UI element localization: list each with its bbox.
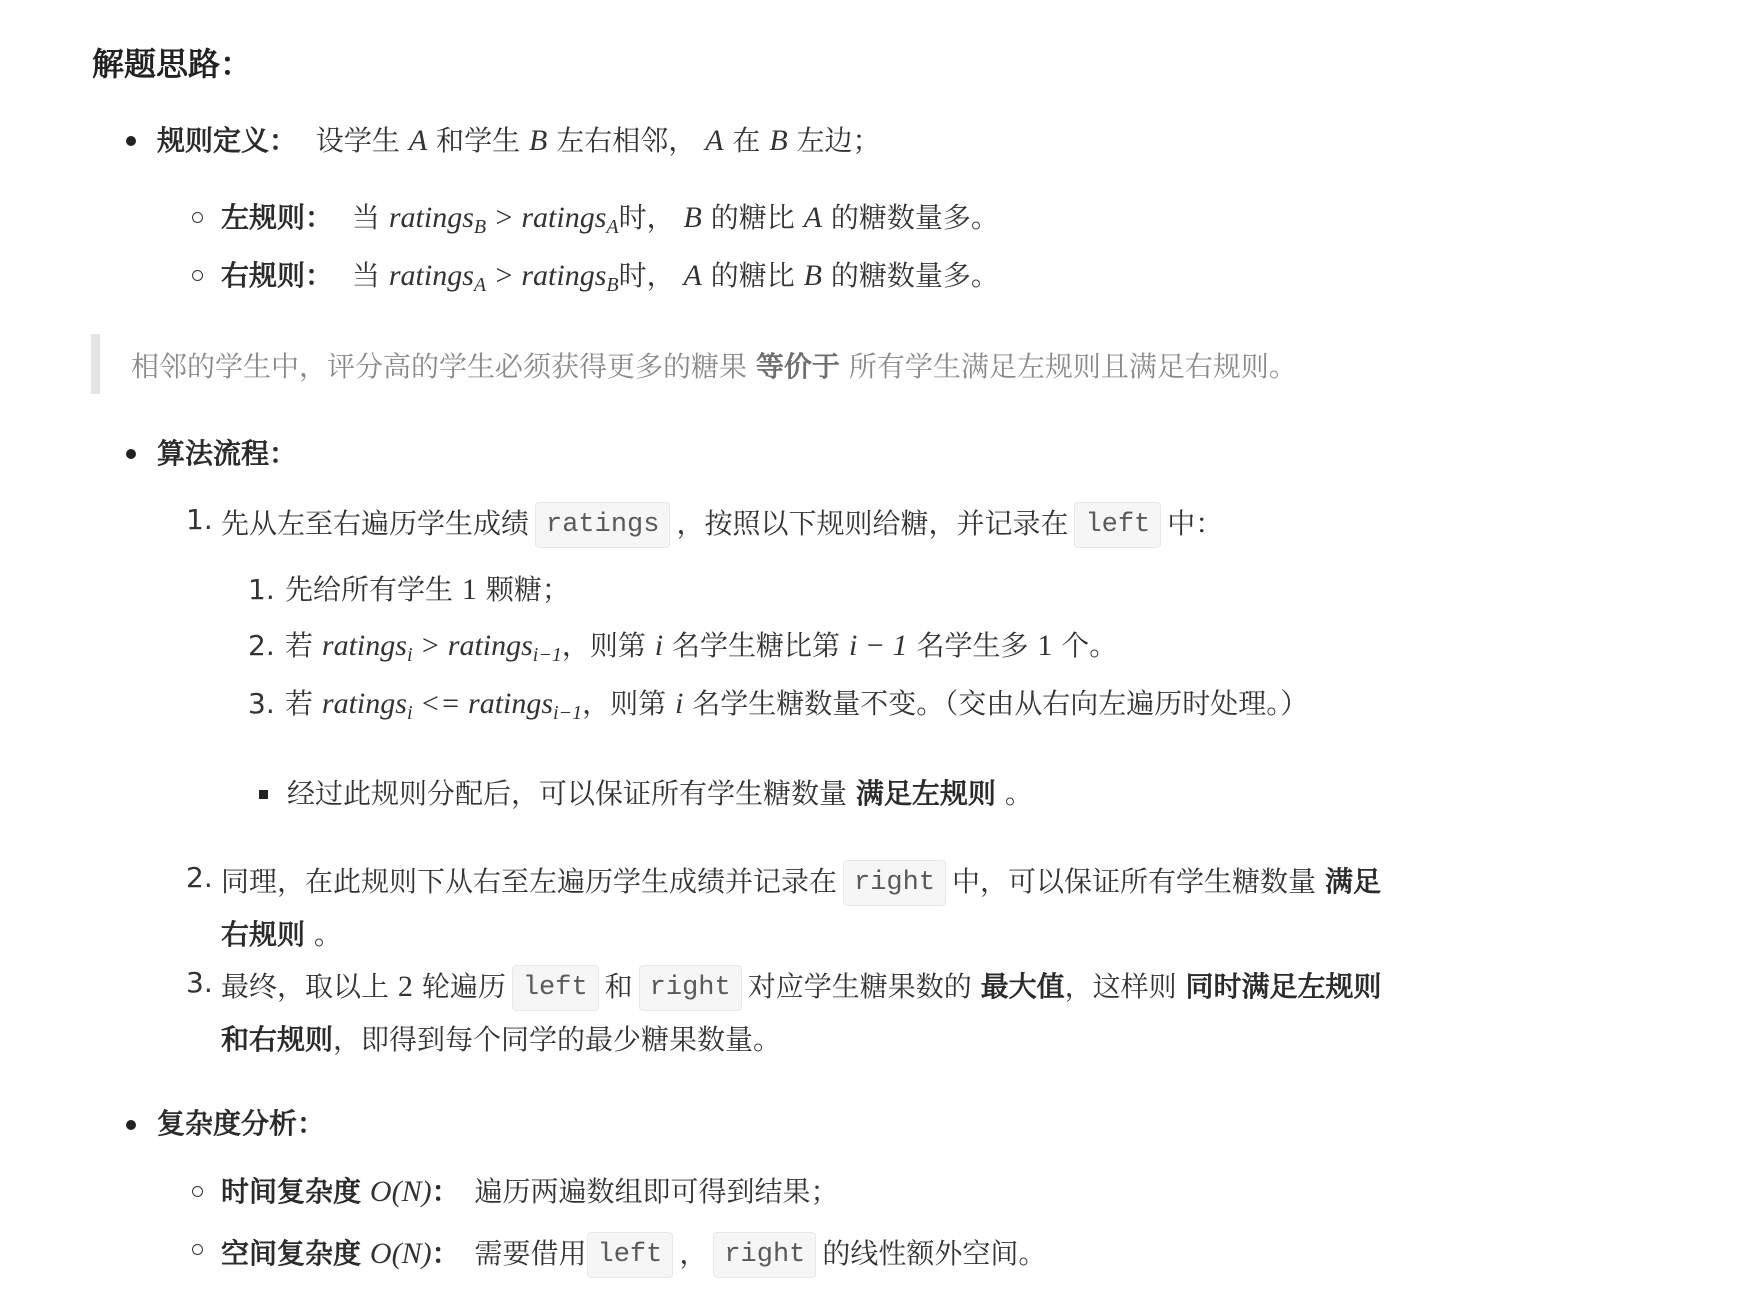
step-number: 2.	[186, 860, 213, 896]
bullet-disc-icon	[126, 136, 136, 146]
code-left: left	[512, 965, 599, 1011]
step-2: 同理，在此规则下从右至左遍历学生成绩并记录在right中，可以保证所有学生糖数量…	[221, 860, 1381, 906]
math-expr: O(N)	[370, 1175, 432, 1208]
bullet-circle-icon	[192, 1186, 203, 1197]
text: ：	[432, 1237, 460, 1270]
substep-number: 1.	[248, 572, 275, 608]
text: 。	[1005, 777, 1033, 810]
text: 对应学生糖果数的	[748, 970, 972, 1003]
bullet-square-icon	[259, 790, 268, 799]
left-rule-label: 左规则：	[221, 201, 333, 234]
text: 最终，取以上	[221, 970, 389, 1003]
math-var: A	[705, 124, 723, 157]
text: ，即得到每个同学的最少糖果数量。	[333, 1023, 781, 1056]
left-rule-note: 经过此规则分配后，可以保证所有学生糖数量 满足左规则 。	[287, 776, 1033, 812]
math-var: A	[409, 124, 427, 157]
time-complexity-label: 时间复杂度	[221, 1175, 361, 1208]
text: 轮遍历	[422, 970, 506, 1003]
code-ratings: ratings	[535, 502, 670, 548]
text: 的糖比	[711, 201, 795, 234]
substep-number: 3.	[248, 686, 275, 722]
code-right: right	[843, 860, 946, 906]
math-expr: O(N)	[370, 1237, 432, 1270]
substep-1: 先给所有学生 1 颗糖；	[285, 572, 570, 608]
text: 遍历两遍数组即可得到结果；	[475, 1175, 839, 1208]
bullet-circle-icon	[192, 270, 203, 281]
text: 名学生糖数量不变。（交由从右向左遍历时处理。）	[692, 687, 1308, 720]
section-heading: 解题思路：	[92, 46, 252, 82]
text: 相邻的学生中，评分高的学生必须获得更多的糖果	[131, 350, 747, 383]
math-expr: i − 1	[849, 629, 908, 662]
right-rule-item: 右规则： 当 ratingsA > ratingsB时， A 的糖比 B 的糖数…	[221, 258, 999, 294]
space-complexity-label: 空间复杂度	[221, 1237, 361, 1270]
math-number: 2	[398, 970, 413, 1003]
text: 个。	[1061, 629, 1117, 662]
space-complexity-item: 空间复杂度 O(N)： 需要借用left，right的线性额外空间。	[221, 1232, 1046, 1278]
text: 当	[352, 201, 380, 234]
text: 经过此规则分配后，可以保证所有学生糖数量	[287, 777, 847, 810]
text: 中，可以保证所有学生糖数量	[952, 865, 1316, 898]
text: ，则第	[562, 629, 646, 662]
text: 的糖数量多。	[831, 201, 999, 234]
text: 名学生糖比第	[672, 629, 840, 662]
text: 需要借用	[475, 1237, 587, 1270]
time-complexity-item: 时间复杂度 O(N)： 遍历两遍数组即可得到结果；	[221, 1174, 839, 1210]
emphasis: 满足左规则	[856, 777, 996, 810]
text: 的糖比	[711, 259, 795, 292]
math-var: B	[529, 124, 547, 157]
substep-3: 若 ratingsi <= ratingsi−1，则第 i 名学生糖数量不变。（…	[285, 686, 1308, 722]
text: 左右相邻，	[556, 124, 696, 157]
left-rule-item: 左规则： 当 ratingsB > ratingsA时， B 的糖比 A 的糖数…	[221, 200, 999, 236]
step-3: 最终，取以上 2 轮遍历left和right对应学生糖果数的 最大值，这样则 同…	[221, 965, 1382, 1011]
text: 。	[314, 918, 342, 951]
text: 的糖数量多。	[831, 259, 999, 292]
blockquote: 相邻的学生中，评分高的学生必须获得更多的糖果 等价于 所有学生满足左规则且满足右…	[131, 349, 1297, 385]
bullet-circle-icon	[192, 212, 203, 223]
complexity-label-item: 复杂度分析：	[157, 1106, 325, 1142]
text: ：	[432, 1175, 460, 1208]
math-number: 1	[462, 573, 477, 606]
math-number: 1	[1037, 629, 1052, 662]
text: 时，	[619, 201, 675, 234]
text: 先给所有学生	[285, 573, 453, 606]
text: 时，	[619, 259, 675, 292]
code-left: left	[1074, 502, 1161, 548]
emphasis: 满足	[1325, 865, 1381, 898]
emphasis: 等价于	[756, 350, 840, 383]
math-expr: ratingsB > ratingsA	[389, 201, 619, 234]
text: 名学生多	[916, 629, 1028, 662]
blockquote-bar	[91, 334, 100, 394]
text: ，按照以下规则给糖，并记录在	[676, 507, 1068, 540]
text: ，这样则	[1065, 970, 1177, 1003]
math-var: A	[804, 201, 822, 234]
math-var: A	[684, 259, 702, 292]
text: 的线性额外空间。	[822, 1237, 1046, 1270]
math-expr: ratingsA > ratingsB	[389, 259, 619, 292]
step-number: 1.	[186, 502, 213, 538]
substep-2: 若 ratingsi > ratingsi−1，则第 i 名学生糖比第 i − …	[285, 628, 1117, 664]
bullet-circle-icon	[192, 1244, 203, 1255]
substep-number: 2.	[248, 628, 275, 664]
math-var: B	[769, 124, 787, 157]
code-right: right	[713, 1232, 816, 1278]
step-3-wrap: 和右规则，即得到每个同学的最少糖果数量。	[221, 1022, 781, 1058]
right-rule-label: 右规则：	[221, 259, 333, 292]
step-2-wrap: 右规则 。	[221, 917, 342, 953]
emphasis: 和右规则	[221, 1023, 333, 1056]
step-number: 3.	[186, 965, 213, 1001]
math-var: B	[804, 259, 822, 292]
text: 若	[285, 687, 313, 720]
text: 当	[352, 259, 380, 292]
math-var: i	[655, 629, 663, 662]
text: 设学生	[316, 124, 400, 157]
text: 和学生	[436, 124, 520, 157]
text: ，	[679, 1237, 707, 1270]
step-1: 先从左至右遍历学生成绩ratings，按照以下规则给糖，并记录在left中：	[221, 502, 1223, 548]
bullet-disc-icon	[126, 1120, 136, 1130]
code-right: right	[639, 965, 742, 1011]
rule-definition-label: 规则定义：	[157, 124, 297, 157]
bullet-disc-icon	[126, 449, 136, 459]
emphasis: 右规则	[221, 918, 305, 951]
text: 所有学生满足左规则且满足右规则。	[849, 350, 1297, 383]
text: 中：	[1167, 507, 1223, 540]
text: ，则第	[582, 687, 666, 720]
algorithm-label-item: 算法流程：	[157, 436, 297, 472]
complexity-label: 复杂度分析：	[157, 1107, 325, 1140]
math-expr: ratingsi > ratingsi−1	[322, 629, 562, 662]
text: 左边；	[797, 124, 881, 157]
math-expr: ratingsi <= ratingsi−1	[322, 687, 582, 720]
text: 在	[732, 124, 760, 157]
text: 若	[285, 629, 313, 662]
text: 同理，在此规则下从右至左遍历学生成绩并记录在	[221, 865, 837, 898]
emphasis: 最大值	[981, 970, 1065, 1003]
text: 和	[605, 970, 633, 1003]
math-var: i	[675, 687, 683, 720]
rule-definition-item: 规则定义： 设学生 A 和学生 B 左右相邻， A 在 B 左边；	[157, 123, 881, 159]
algorithm-label: 算法流程：	[157, 437, 297, 470]
text: 先从左至右遍历学生成绩	[221, 507, 529, 540]
emphasis: 同时满足左规则	[1186, 970, 1382, 1003]
code-left: left	[587, 1232, 674, 1278]
text: 颗糖；	[486, 573, 570, 606]
math-var: B	[684, 201, 702, 234]
